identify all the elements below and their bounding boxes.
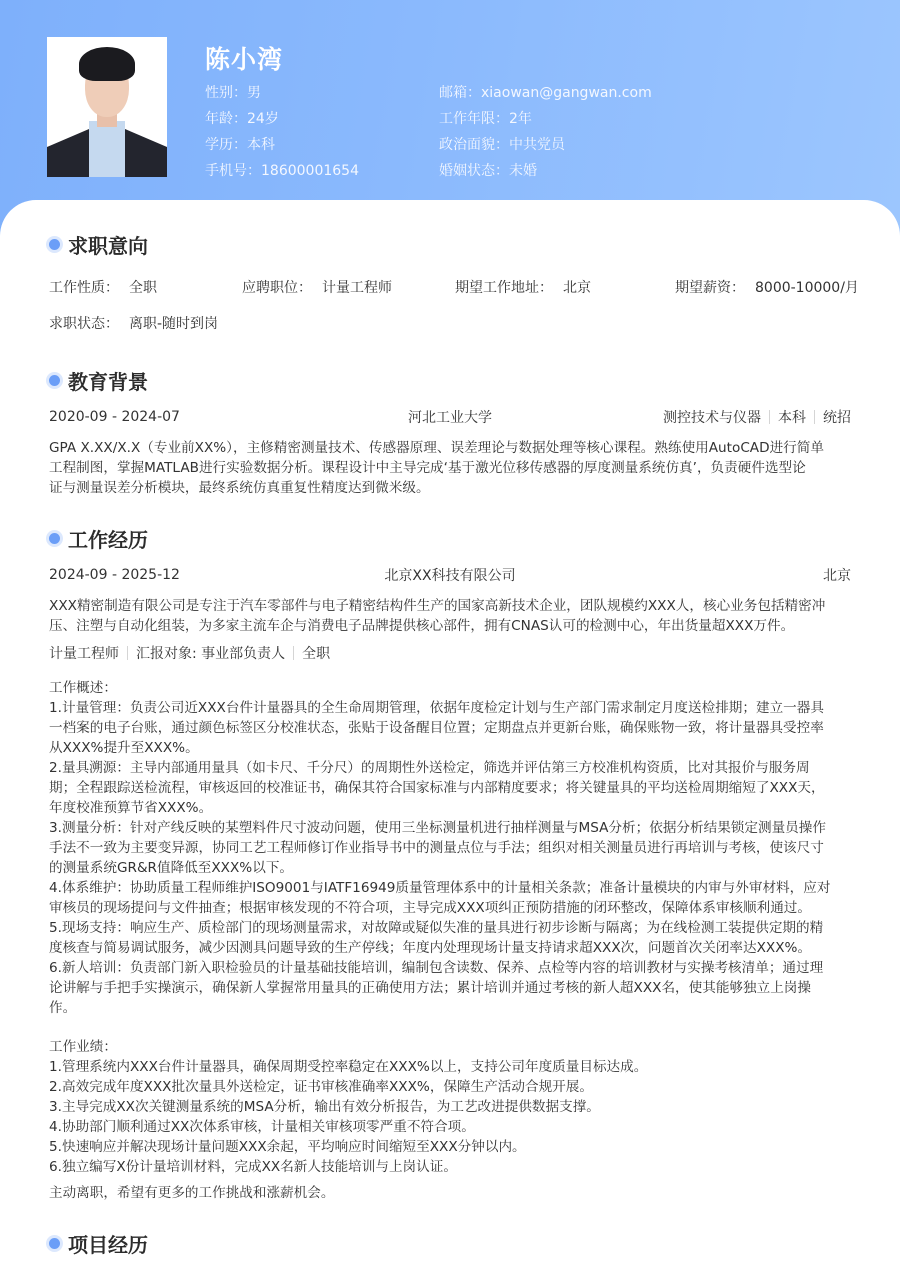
education-header-row: 2020-09 - 2024-07 河北工业大学 测控技术与仪器 本科 统招 xyxy=(49,407,851,427)
work-location: 北京 xyxy=(823,565,851,585)
education-tags: 测控技术与仪器 本科 统招 xyxy=(663,407,851,427)
info-work-years: 工作年限：2年 xyxy=(439,108,652,134)
leave-reason: 主动离职，希望有更多的工作挑战和涨薪机会。 xyxy=(49,1183,853,1203)
intention-position: 应聘职位：计量工程师 xyxy=(242,277,392,297)
work-company: 北京XX科技有限公司 xyxy=(384,568,515,584)
info-age: 年龄：24岁 xyxy=(205,108,359,134)
education-period: 2020-09 - 2024-07 xyxy=(49,409,180,425)
company-intro: XXX精密制造有限公司是专注于汽车零部件与电子精密结构件生产的国家高新技术企业，… xyxy=(49,596,853,636)
section-title-education: 教育背景 xyxy=(49,366,148,395)
info-gender: 性别：男 xyxy=(205,82,359,108)
section-title-project: 项目经历 xyxy=(49,1229,148,1258)
intention-work-type: 工作性质：全职 xyxy=(49,277,157,297)
intention-status: 求职状态：离职-随时到岗 xyxy=(49,313,218,333)
work-type: 全职 xyxy=(302,643,330,663)
education-major: 测控技术与仪器 xyxy=(663,407,761,427)
education-enrollment: 统招 xyxy=(823,407,851,427)
info-marital-status: 婚姻状态：未婚 xyxy=(439,160,652,186)
work-overview: 工作概述： 1.计量管理：负责公司近XXX台件计量器具的全生命周期管理，依据年度… xyxy=(49,678,853,1018)
section-title-work: 工作经历 xyxy=(49,524,148,553)
work-report-to: 汇报对象: 事业部负责人 xyxy=(136,643,285,663)
divider xyxy=(769,410,770,424)
education-school: 河北工业大学 xyxy=(408,410,492,426)
info-education: 学历：本科 xyxy=(205,134,359,160)
info-email: 邮箱：xiaowan@gangwan.com xyxy=(439,82,652,108)
achievements-title: 工作业绩： xyxy=(49,1037,853,1057)
education-description: GPA X.XX/X.X（专业前XX%），主修精密测量技术、传感器原理、误差理论… xyxy=(49,438,853,498)
basic-info-left: 性别：男 年龄：24岁 学历：本科 手机号：18600001654 xyxy=(205,82,359,186)
bullet-dot-icon xyxy=(49,533,60,544)
work-tags: 计量工程师 汇报对象: 事业部负责人 全职 xyxy=(49,643,851,663)
bullet-dot-icon xyxy=(49,239,60,250)
education-degree: 本科 xyxy=(778,407,806,427)
bullet-dot-icon xyxy=(49,375,60,386)
work-role: 计量工程师 xyxy=(49,643,119,663)
profile-photo xyxy=(47,37,167,177)
divider xyxy=(127,646,128,660)
bullet-dot-icon xyxy=(49,1238,60,1249)
section-title-job-intention: 求职意向 xyxy=(49,230,148,259)
intention-salary: 期望薪资：8000-10000/月 xyxy=(675,277,859,297)
info-political-status: 政治面貌：中共党员 xyxy=(439,134,652,160)
divider xyxy=(814,410,815,424)
info-phone: 手机号：18600001654 xyxy=(205,160,359,186)
work-period: 2024-09 - 2025-12 xyxy=(49,567,180,583)
work-header-row: 2024-09 - 2025-12 北京XX科技有限公司 北京 xyxy=(49,565,851,585)
divider xyxy=(293,646,294,660)
basic-info-right: 邮箱：xiaowan@gangwan.com 工作年限：2年 政治面貌：中共党员… xyxy=(439,82,652,186)
candidate-name: 陈小湾 xyxy=(205,40,283,76)
intention-location: 期望工作地址：北京 xyxy=(455,277,591,297)
overview-title: 工作概述： xyxy=(49,678,853,698)
work-achievements: 工作业绩： 1.管理系统内XXX台件计量器具，确保周期受控率稳定在XXX%以上，… xyxy=(49,1037,853,1177)
